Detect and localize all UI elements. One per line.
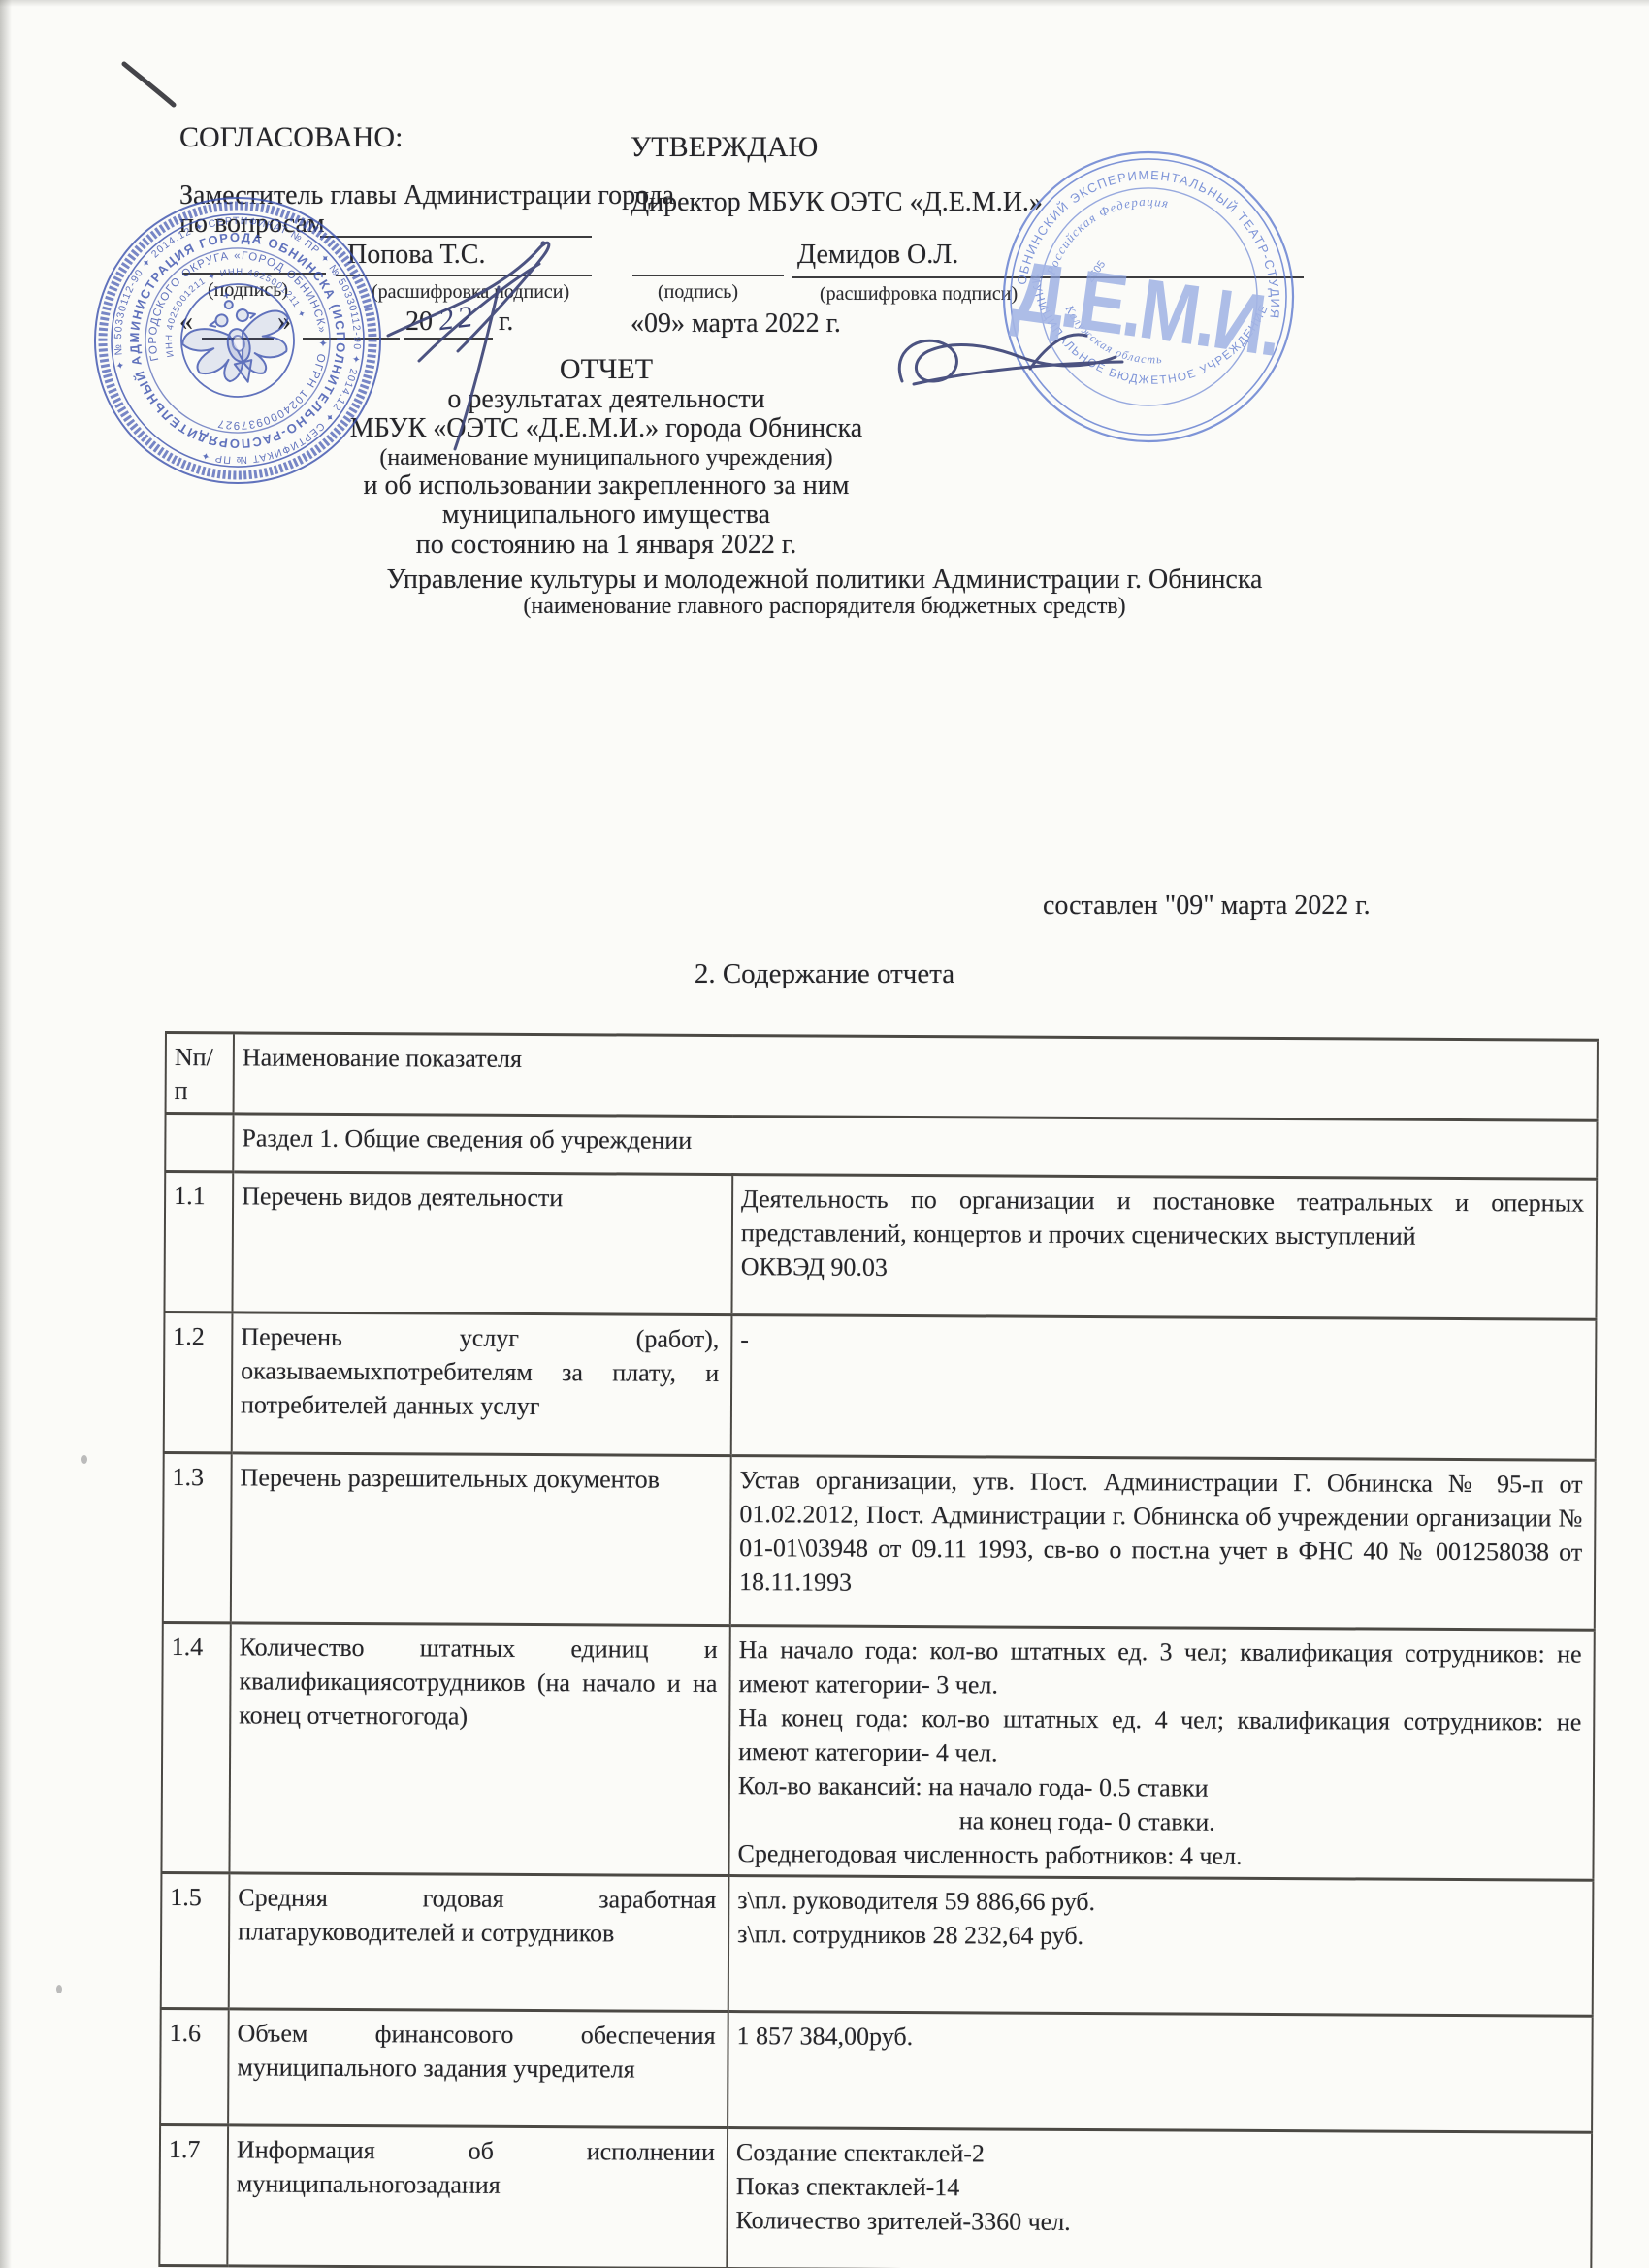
row-value-line: Создание спектаклей-2	[736, 2135, 1579, 2174]
scanned-report-page: СОГЛАСОВАНО: Заместитель главы Администр…	[0, 0, 1649, 2268]
table-header-row: Nп/п Наименование показателя	[166, 1033, 1598, 1121]
left-date-handwritten-year: 22	[436, 299, 478, 338]
right-name-line	[792, 276, 1304, 278]
row-num: 1.5	[161, 1872, 230, 2008]
stamp-arc-country: Российская Федерация	[1043, 179, 1171, 291]
left-date-year-line	[404, 338, 493, 340]
svg-text:ИНН 4025001211 ✦ ИНН 402500121: ИНН 4025001211 ✦ ИНН 4025001211 ✦	[148, 251, 309, 359]
row-value-line: Показ спектаклей-14	[736, 2169, 1579, 2208]
table-row: 1.7 Информация об исполнении муниципальн…	[159, 2124, 1592, 2268]
row-value-line: ОКВЭД 90.03	[741, 1249, 1584, 1288]
title-line-5: и об использовании закрепленного за ним	[0, 471, 1212, 502]
row-name: Перечень услуг (работ), оказываемыхпотре…	[232, 1312, 732, 1456]
stamp-ogrn-fragment: 2605	[1084, 259, 1108, 285]
stamp-arc-theatre-name: ОБНИНСКИЙ ЭКСПЕРИМЕНТАЛЬНЫЙ ТЕАТР-СТУДИЯ…	[997, 146, 1300, 321]
row-num: 1.4	[161, 1622, 230, 1872]
left-role-line2: по вопросам	[179, 209, 325, 240]
left-date-open-quote: «	[179, 307, 193, 338]
left-role-underline	[320, 236, 592, 238]
table-section-row: Раздел 1. Общие сведения об учреждении	[165, 1114, 1597, 1180]
svg-text:Российская Федерация: Российская Федерация	[1043, 179, 1171, 291]
left-date-day-line	[202, 338, 274, 340]
section-cell-title: Раздел 1. Общие сведения об учреждении	[233, 1114, 1597, 1179]
stamp-ring-inn: ИНН 4025001211 ✦ ИНН 4025001211 ✦	[148, 251, 309, 359]
table-row: 1.1 Перечень видов деятельности Деятельн…	[164, 1172, 1597, 1320]
row-value-line: На начало года: кол-во штатных ед. 3 чел…	[738, 1633, 1581, 1705]
table-row: 1.4 Количество штатных единиц и квалифик…	[161, 1622, 1594, 1880]
right-sign-line	[632, 275, 784, 276]
title-line-8: Управление культуры и молодежной политик…	[160, 565, 1489, 596]
row-value-line: Среднегодовая численность работников: 4 …	[737, 1836, 1580, 1875]
left-date-close-quote: »	[277, 307, 291, 338]
row-value-line: -	[740, 1322, 1583, 1361]
row-value: Устав организации, утв. Пост. Администра…	[730, 1456, 1596, 1631]
left-signer-name: Попова Т.С.	[347, 240, 485, 271]
left-sign-line	[182, 273, 326, 275]
title-line-7: по состоянию на 1 января 2022 г.	[0, 531, 1212, 561]
row-num: 1.6	[160, 2008, 229, 2124]
section-heading: 2. Содержание отчета	[0, 958, 1649, 990]
row-value-line: на конец года- 0 ставки.	[738, 1802, 1581, 1841]
agree-label: СОГЛАСОВАНО:	[179, 121, 403, 154]
right-decode-caption: (расшифровка подписи)	[820, 283, 1018, 306]
table-row: 1.6 Объем финансового обеспечения муници…	[160, 2008, 1593, 2132]
table-row: 1.5 Средняя годовая заработная платаруко…	[161, 1872, 1594, 2016]
right-date: «09» марта 2022 г.	[630, 308, 841, 340]
row-num: 1.2	[164, 1312, 233, 1453]
svg-text:ОБНИНСКИЙ ЭКСПЕРИМЕНТАЛЬНЫЙ ТЕ: ОБНИНСКИЙ ЭКСПЕРИМЕНТАЛЬНЫЙ ТЕАТР-СТУДИЯ…	[997, 146, 1300, 321]
row-value-line: Устав организации, утв. Пост. Администра…	[739, 1463, 1583, 1604]
row-name: Перечень разрешительных документов	[231, 1453, 731, 1626]
approve-label: УТВЕРЖДАЮ	[630, 131, 818, 164]
scan-speck	[81, 1455, 87, 1464]
row-num: 1.7	[159, 2124, 228, 2265]
row-value: -	[731, 1315, 1597, 1461]
row-value-line: Кол-во вакансий: на начало года- 0.5 ста…	[738, 1768, 1581, 1807]
title-line-6: муниципального имущества	[0, 501, 1212, 531]
table-row: 1.2 Перечень услуг (работ), оказываемыхп…	[164, 1312, 1597, 1461]
composed-date: составлен "09" марта 2022 г.	[1043, 891, 1371, 922]
header-cell-name: Наименование показателя	[234, 1033, 1598, 1120]
scan-edge-left	[0, 0, 12, 2268]
left-date-suffix: г.	[499, 307, 513, 338]
table-row: 1.3 Перечень разрешительных документов У…	[163, 1452, 1596, 1630]
row-name: Информация об исполнении муниципальногоз…	[227, 2125, 727, 2268]
row-num: 1.1	[164, 1172, 233, 1312]
section-cell-num	[165, 1114, 233, 1172]
row-value-line: На конец года: кол-во штатных ед. 4 чел;…	[738, 1701, 1581, 1773]
row-value: На начало года: кол-во штатных ед. 3 чел…	[728, 1626, 1594, 1881]
right-sign-caption: (подпись)	[658, 281, 738, 304]
title-line-9: (наименование главного распорядителя бюд…	[160, 594, 1489, 620]
row-name: Средняя годовая заработная платаруководи…	[229, 1873, 729, 2012]
row-value-line: з\пл. руководителя 59 886,66 руб.	[737, 1883, 1580, 1922]
title-line-2: о результатах деятельности	[0, 385, 1212, 415]
row-name: Перечень видов деятельности	[232, 1172, 732, 1315]
left-date-month-line	[303, 338, 400, 340]
title-line-4: (наименование муниципального учреждения)	[0, 444, 1212, 471]
row-name: Объем финансового обеспечения муниципаль…	[228, 2009, 728, 2128]
title-line-1: ОТЧЕТ	[0, 355, 1212, 385]
title-block: ОТЧЕТ о результатах деятельности МБУК «О…	[0, 355, 1212, 560]
left-date-print: 20	[405, 307, 433, 338]
left-role-line1: Заместитель главы Администрации города	[179, 180, 674, 211]
header-cell-num: Nп/п	[166, 1033, 234, 1114]
row-value: Деятельность по организации и постановке…	[731, 1175, 1597, 1320]
scan-edge-top	[0, 0, 1649, 7]
row-value-line: 1 857 384,00руб.	[736, 2019, 1579, 2057]
row-value: Создание спектаклей-2 Показ спектаклей-1…	[727, 2128, 1592, 2268]
row-value: 1 857 384,00руб.	[727, 2012, 1593, 2133]
report-contents-table: Nп/п Наименование показателя Раздел 1. О…	[158, 1031, 1599, 2268]
row-value-line: Деятельность по организации и постановке…	[741, 1182, 1584, 1254]
row-name: Количество штатных единиц и квалификация…	[229, 1623, 729, 1876]
title-line-3: МБУК «ОЭТС «Д.Е.М.И.» города Обнинска	[0, 414, 1212, 444]
left-name-line	[336, 275, 592, 276]
row-value: з\пл. руководителя 59 886,66 руб. з\пл. …	[728, 1876, 1594, 2017]
right-signer-name: Демидов О.Л.	[797, 240, 958, 271]
row-value-line: Количество зрителей-3360 чел.	[735, 2203, 1578, 2242]
right-role: Директор МБУК ОЭТС «Д.Е.М.И.»	[630, 187, 1043, 218]
row-num: 1.3	[163, 1452, 232, 1622]
scan-speck	[56, 1985, 62, 1993]
left-sign-caption: (подпись)	[208, 279, 288, 302]
row-value-line: з\пл. сотрудников 28 232,64 руб.	[737, 1917, 1580, 1956]
